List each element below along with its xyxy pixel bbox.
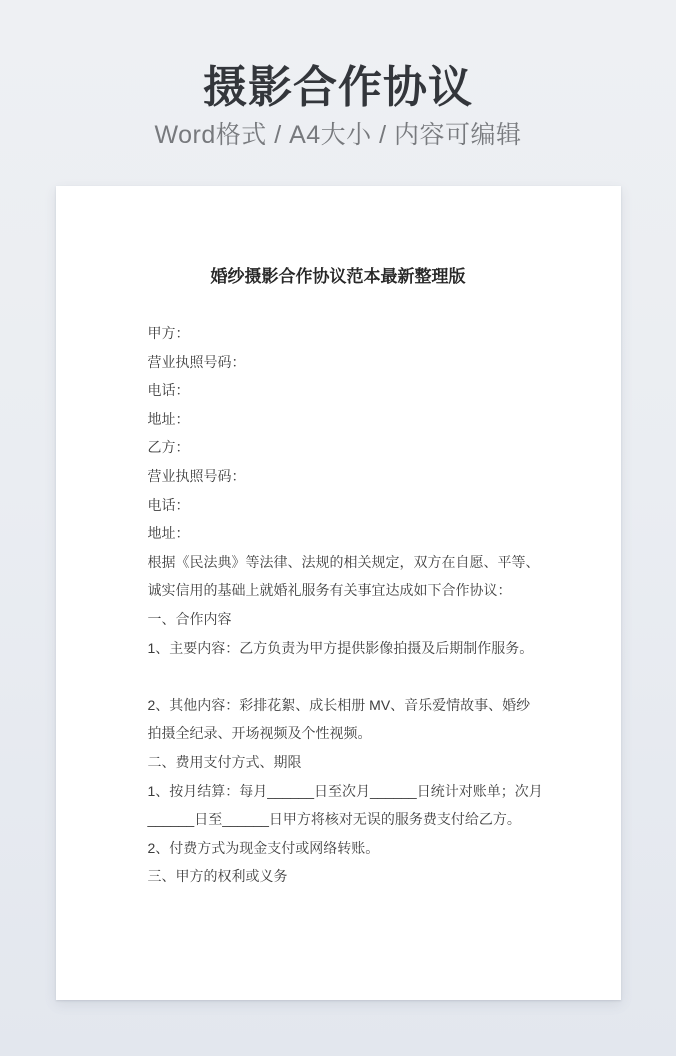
doc-line-preamble-1: 根据《民法典》等法律、法规的相关规定，双方在自愿、平等、 (148, 548, 529, 577)
doc-line-party-a: 甲方： (148, 319, 529, 348)
doc-line-section-1-item-1: 1、主要内容：乙方负责为甲方提供影像拍摄及后期制作服务。 (148, 634, 529, 663)
doc-line-section-1-item-2b: 拍摄全纪录、开场视频及个性视频。 (148, 719, 529, 748)
doc-line-empty (148, 662, 529, 691)
doc-line-address-a: 地址： (148, 405, 529, 434)
doc-line-address-b: 地址： (148, 519, 529, 548)
doc-line-section-2-item-1a: 1、按月结算：每月______日至次月______日统计对账单；次月 (148, 777, 529, 806)
document-page: 婚纱摄影合作协议范本最新整理版 甲方： 营业执照号码： 电话： 地址： 乙方： … (56, 186, 621, 1000)
doc-line-section-2-item-1b: ______日至______日甲方将核对无误的服务费支付给乙方。 (148, 805, 529, 834)
doc-line-preamble-2: 诚实信用的基础上就婚礼服务有关事宜达成如下合作协议： (148, 576, 529, 605)
doc-line-section-2-item-2: 2、付费方式为现金支付或网络转账。 (148, 834, 529, 863)
document-body: 甲方： 营业执照号码： 电话： 地址： 乙方： 营业执照号码： 电话： 地址： … (148, 319, 529, 891)
banner-title: 摄影合作协议 (0, 64, 676, 112)
doc-line-party-b: 乙方： (148, 433, 529, 462)
doc-line-section-2-title: 二、费用支付方式、期限 (148, 748, 529, 777)
banner-subtitle: Word格式 / A4大小 / 内容可编辑 (0, 122, 676, 148)
doc-line-section-1-title: 一、合作内容 (148, 605, 529, 634)
doc-line-license-b: 营业执照号码： (148, 462, 529, 491)
doc-line-phone-b: 电话： (148, 491, 529, 520)
doc-line-license-a: 营业执照号码： (148, 348, 529, 377)
template-banner: 摄影合作协议 Word格式 / A4大小 / 内容可编辑 (0, 64, 676, 148)
doc-line-phone-a: 电话： (148, 376, 529, 405)
document-heading: 婚纱摄影合作协议范本最新整理版 (148, 268, 529, 286)
doc-line-section-3-title: 三、甲方的权利或义务 (148, 862, 529, 891)
doc-line-section-1-item-2a: 2、其他内容：彩排花絮、成长相册 MV、音乐爱情故事、婚纱 (148, 691, 529, 720)
